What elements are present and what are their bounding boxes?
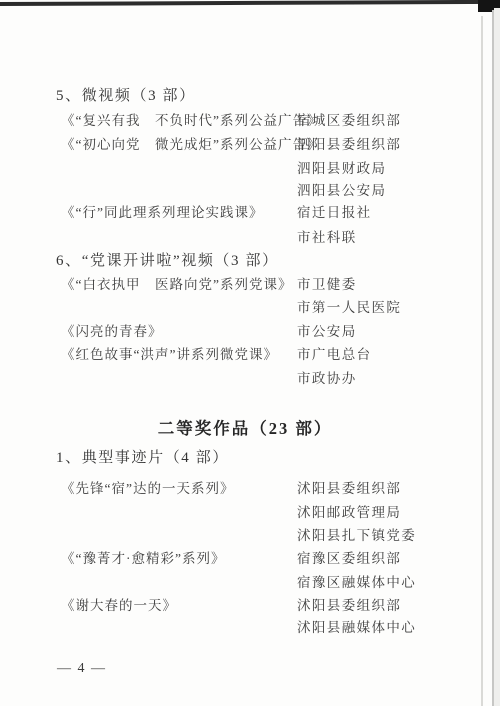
section-heading-micro-video: 5、微视频（3 部） (56, 86, 196, 106)
work-title: 《闪亮的青春》 (61, 322, 163, 342)
organization-row: 泗阳县财政局 (0, 159, 500, 179)
organization: 沭阳县委组织部 (297, 596, 401, 616)
organization-row: 泗阳县公安局 (0, 181, 500, 201)
organization-row: 沭阳县扎下镇党委 (0, 526, 500, 546)
organization: 泗阳县财政局 (297, 159, 386, 179)
page-number: — 4 — (57, 659, 107, 679)
organization: 宿豫区委组织部 (297, 549, 401, 569)
award-entry-row: 《红色故事“洪声”讲系列微党课》 市广电总台 (0, 345, 500, 365)
organization: 沭阳县委组织部 (297, 479, 401, 499)
section-heading-typical-deeds: 1、典型事迹片（4 部） (56, 448, 229, 468)
organization: 市卫健委 (297, 275, 357, 295)
document-page: 5、微视频（3 部） 《“复兴有我 不负时代”系列公益广告》 宿城区委组织部 《… (0, 0, 500, 706)
work-title: 《“初心向党 微光成炬”系列公益广告》 (61, 135, 321, 155)
organization: 市公安局 (297, 322, 357, 342)
award-entry-row: 《“白衣执甲 医路向党”系列党课》 市卫健委 (0, 275, 500, 295)
organization: 沭阳邮政管理局 (297, 503, 401, 523)
organization-row: 宿豫区融媒体中心 (0, 573, 500, 593)
organization: 市第一人民医院 (297, 298, 401, 318)
organization-row: 市政协办 (0, 369, 500, 389)
scan-edge-top (0, 0, 500, 6)
organization: 市政协办 (297, 369, 357, 389)
organization: 沭阳县融媒体中心 (297, 618, 416, 638)
organization-row: 沭阳县融媒体中心 (0, 618, 500, 638)
award-entry-row: 《“行”同此理系列理论实践课》 宿迁日报社 (0, 203, 500, 223)
work-title: 《谢大春的一天》 (61, 596, 177, 616)
organization: 市广电总台 (297, 345, 372, 365)
award-entry-row: 《先锋“宿”达的一天系列》 沭阳县委组织部 (0, 479, 500, 499)
award-entry-row: 《谢大春的一天》 沭阳县委组织部 (0, 596, 500, 616)
organization: 沭阳县扎下镇党委 (297, 526, 416, 546)
organization-row: 沭阳邮政管理局 (0, 503, 500, 523)
work-title: 《先锋“宿”达的一天系列》 (61, 479, 234, 499)
award-entry-row: 《闪亮的青春》 市公安局 (0, 322, 500, 342)
organization: 泗阳县公安局 (297, 181, 386, 201)
award-entry-row: 《“初心向党 微光成炬”系列公益广告》 泗阳县委组织部 (0, 135, 500, 155)
work-title: 《“白衣执甲 医路向党”系列党课》 (61, 275, 292, 295)
organization: 宿迁日报社 (297, 203, 372, 223)
second-prize-heading: 二等奖作品（23 部） (0, 419, 490, 439)
section-heading-party-lecture: 6、“党课开讲啦”视频（3 部） (56, 251, 279, 271)
work-title: 《红色故事“洪声”讲系列微党课》 (61, 345, 278, 365)
organization: 市社科联 (297, 228, 357, 248)
organization-row: 市社科联 (0, 228, 500, 248)
work-title: 《“行”同此理系列理论实践课》 (61, 203, 263, 223)
work-title: 《“豫菁才·愈精彩”系列》 (61, 549, 225, 569)
award-entry-row: 《“豫菁才·愈精彩”系列》 宿豫区委组织部 (0, 549, 500, 569)
organization: 宿豫区融媒体中心 (297, 573, 416, 593)
organization-row: 市第一人民医院 (0, 298, 500, 318)
organization: 宿城区委组织部 (297, 111, 401, 131)
organization: 泗阳县委组织部 (297, 135, 401, 155)
work-title: 《“复兴有我 不负时代”系列公益广告》 (61, 111, 321, 131)
award-entry-row: 《“复兴有我 不负时代”系列公益广告》 宿城区委组织部 (0, 111, 500, 131)
